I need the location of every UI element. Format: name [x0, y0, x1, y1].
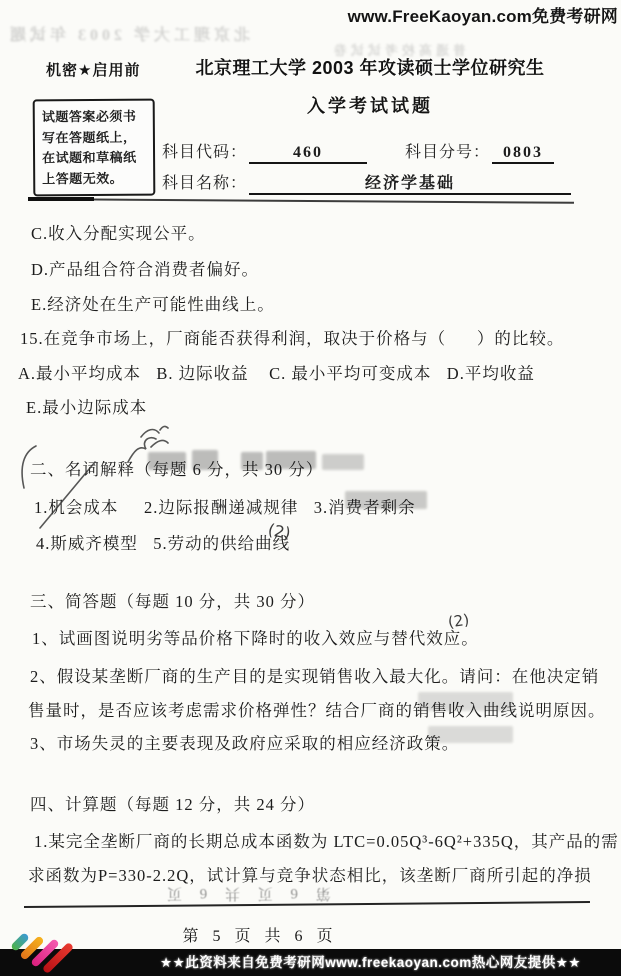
- header-separator-line-thick: [28, 197, 94, 201]
- option-line: E.最小边际成本: [26, 394, 147, 418]
- notice-line: 在试题和草稿纸: [42, 148, 146, 169]
- notice-line: 试题答案必须书: [42, 107, 146, 128]
- page-number: 第 5 页 共 6 页: [150, 923, 370, 946]
- ink-smudge: [148, 452, 186, 470]
- bleed-through-text: 北京理工大学 2003 年试题: [6, 22, 250, 45]
- subject-no-label: 科目分号：: [405, 144, 490, 161]
- exam-title: 北京理工大学 2003 年攻读硕士学位研究生 入学考试试题: [170, 54, 570, 118]
- ink-smudge: [345, 491, 427, 509]
- question-line: 3、市场失灵的主要表现及政府应采取的相应经济政策。: [30, 730, 459, 754]
- subject-name-value: 经济学基础: [249, 170, 571, 195]
- subject-code-value: 460: [249, 144, 367, 164]
- mirrored-bleed-text: 第 6 页 共 6 页: [160, 884, 331, 905]
- classification-label: 机密★启用前: [46, 59, 140, 80]
- ink-smudge: [322, 454, 364, 470]
- section-heading: 四、计算题（每题 12 分，共 24 分）: [30, 791, 315, 815]
- ink-smudge: [418, 692, 513, 711]
- question-line: 售量时，是否应该考虑需求价格弹性？结合厂商的销售收入曲线说明原因。: [28, 697, 606, 721]
- section-heading: 三、简答题（每题 10 分，共 30 分）: [30, 588, 315, 612]
- bottom-banner: ★★此资料来自免费考研网www.freekaoyan.com热心网友提供★★: [0, 949, 621, 976]
- option-line: E.经济处在生产可能性曲线上。: [31, 291, 275, 315]
- question-line: 2、假设某垄断厂商的生产目的是实现销售收入最大化。请问：在他决定销: [30, 663, 599, 687]
- notice-line: 写在答题纸上，: [42, 127, 146, 148]
- subject-code-label: 科目代码：: [162, 144, 247, 161]
- subject-name-label: 科目名称：: [162, 175, 247, 192]
- option-line: D.产品组合符合消费者偏好。: [31, 256, 259, 280]
- top-watermark: www.FreeKaoyan.com免费考研网: [348, 2, 618, 27]
- question-line: 1、试画图说明劣等品价格下降时的收入效应与替代效应。: [32, 625, 479, 649]
- subject-code-row: 科目代码：460科目分号：0803: [162, 139, 554, 164]
- subject-name-row: 科目名称：经济学基础: [162, 170, 571, 195]
- subject-no-value: 0803: [492, 144, 554, 164]
- ink-smudge: [428, 726, 513, 743]
- freekaoyan-stripes-logo: [2, 930, 82, 976]
- ink-smudge: [266, 451, 316, 469]
- header-separator-line: [28, 198, 574, 204]
- question-line: 1.某完全垄断厂商的长期总成本函数为 LTC=0.05Q³-6Q²+335Q，其…: [34, 828, 619, 852]
- ink-smudge: [192, 450, 218, 470]
- scanned-exam-page: www.FreeKaoyan.com免费考研网 北京理工大学 2003 年试题 …: [0, 0, 621, 976]
- option-line: A.最小平均成本 B. 边际收益 C. 最小平均可变成本 D.平均收益: [18, 360, 535, 384]
- notice-line: 上答题无效。: [42, 168, 146, 189]
- term-line: 4.斯威齐模型 5.劳动的供给曲线: [36, 530, 290, 554]
- exam-title-line2: 入学考试试题: [170, 92, 570, 118]
- handwritten-mark: (2): [447, 611, 471, 632]
- exam-title-line1: 北京理工大学 2003 年攻读硕士学位研究生: [170, 54, 570, 80]
- option-line: C.收入分配实现公平。: [31, 220, 206, 244]
- question-line: 15.在竞争市场上，厂商能否获得利润，取决于价格与（ ）的比较。: [20, 325, 564, 349]
- answer-notice-box: 试题答案必须书 写在答题纸上， 在试题和草稿纸 上答题无效。: [33, 99, 156, 197]
- question-line: 求函数为P=330-2.2Q，试计算与竞争状态相比，该垄断厂商所引起的净损: [28, 862, 592, 886]
- ink-smudge: [241, 452, 263, 470]
